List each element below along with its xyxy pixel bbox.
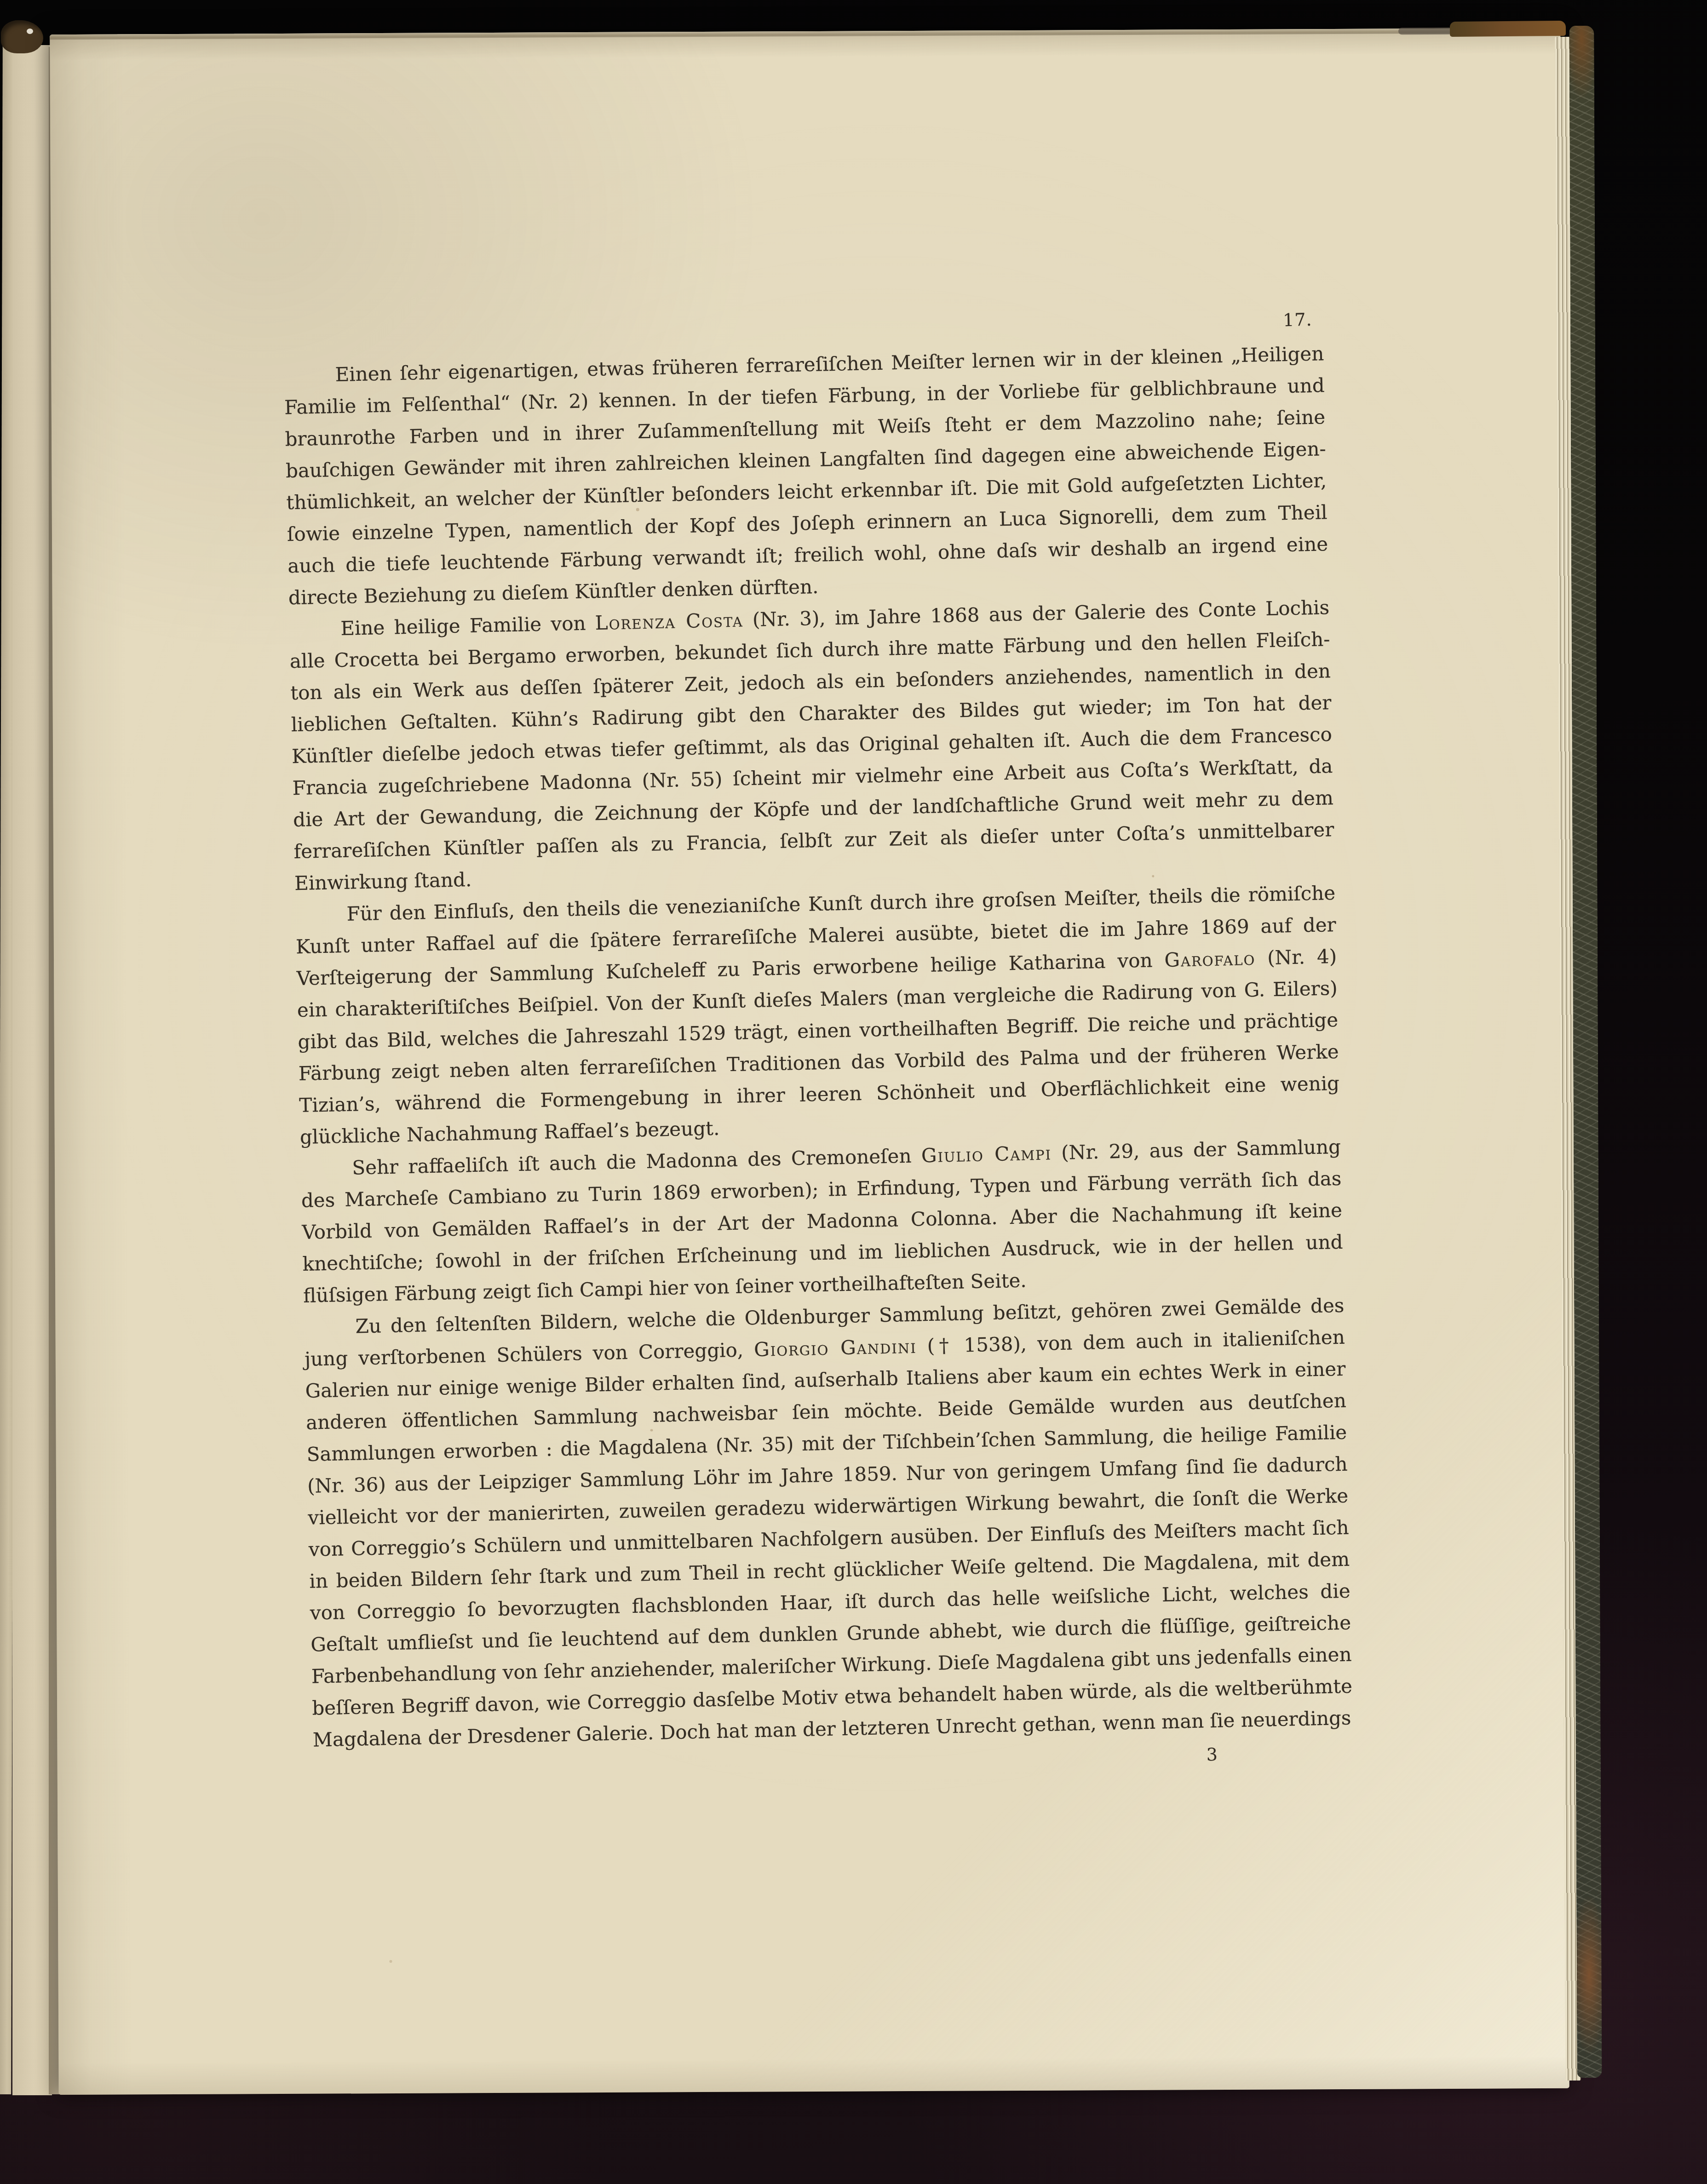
foxing-speck — [390, 1960, 392, 1963]
headcap-leather — [1450, 21, 1566, 37]
text-run: (Nr. 4) — [1255, 945, 1337, 969]
small-caps-name: Garofalo — [1164, 947, 1256, 971]
text-block-lines: Einen ſehr eigenartigen, etwas früheren … — [283, 338, 1353, 1755]
text-run: Einwirkung ſtand. — [294, 868, 472, 894]
headcap-tuft — [1398, 28, 1453, 35]
text-run: Eine heilige Familie von — [340, 612, 595, 640]
small-caps-name: Giulio Campi — [921, 1141, 1052, 1167]
text-run: jung verſtorbenen Schülers von Correggio… — [305, 1338, 754, 1370]
small-caps-name: Lorenza Costa — [595, 608, 743, 634]
small-caps-name: Giorgio Gandini — [754, 1335, 917, 1361]
text-block: 17. Einen ſehr eigenartigen, etwas frühe… — [283, 338, 1353, 1755]
spine-tuft-glint — [27, 29, 33, 34]
text-run: († 1538), von dem auch in italieniſchen — [916, 1326, 1345, 1358]
under-page-edge — [12, 45, 52, 2095]
text-run: glückliche Nachahmung Raffael’s bezeugt. — [299, 1117, 719, 1148]
signature-mark: 3 — [1206, 1739, 1218, 1771]
page-number: 17. — [1282, 304, 1312, 336]
text-run: (Nr. 29, aus der Sammlung — [1051, 1135, 1341, 1164]
